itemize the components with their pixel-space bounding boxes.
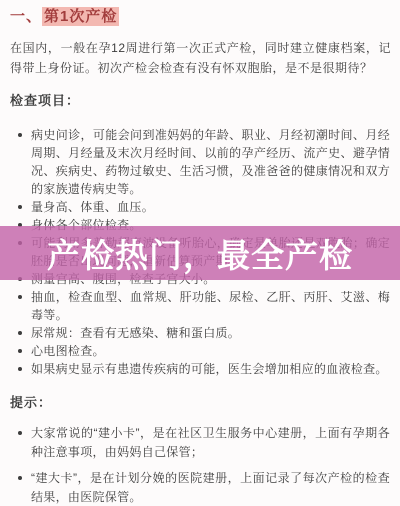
tips-list: 大家常说的“建小卡”，是在社区卫生服务中心建册，上面有孕期各种注意事项，由妈妈自… xyxy=(10,424,391,506)
article-page: 一、第1次产检 在国内，一般在孕12周进行第一次正式产检，同时建立健康档案，记得… xyxy=(0,0,400,506)
section-heading: 一、第1次产检 xyxy=(10,8,391,26)
checklist-item: 抽血，检查血型、血常规、肝功能、尿检、乙肝、丙肝、艾滋、梅毒等。 xyxy=(31,288,390,324)
checklist-item: 尿常规：查看有无感染、糖和蛋白质。 xyxy=(31,324,390,342)
checklist-item: 量身高、体重、血压。 xyxy=(31,198,390,216)
tip-item: “建大卡”，是在计划分娩的医院建册，上面记录了每次产检的检查结果，由医院保管。 xyxy=(31,469,390,506)
checklist-label: 检查项目： xyxy=(10,90,391,109)
checklist-item: 心电图检查。 xyxy=(31,342,390,360)
checklist-item: 如果病史显示有患遗传疾病的可能，医生会增加相应的血液检查。 xyxy=(31,360,390,378)
watermark-text: 产检热门，最全产检 xyxy=(47,230,353,277)
checklist-item: 病史问诊，可能会问到准妈妈的年龄、职业、月经初潮时间、月经周期、月经量及末次月经… xyxy=(31,126,390,198)
tip-item: 大家常说的“建小卡”，是在社区卫生服务中心建册，上面有孕期各种注意事项，由妈妈自… xyxy=(31,424,390,462)
intro-paragraph: 在国内，一般在孕12周进行第一次正式产检，同时建立健康档案，记得带上身份证。初次… xyxy=(10,38,391,78)
section-heading-highlight: 第1次产检 xyxy=(42,7,119,26)
tips-label: 提示： xyxy=(10,392,391,411)
section-heading-number: 一、 xyxy=(10,8,42,25)
watermark-banner: 产检热门，最全产检 xyxy=(0,226,400,280)
